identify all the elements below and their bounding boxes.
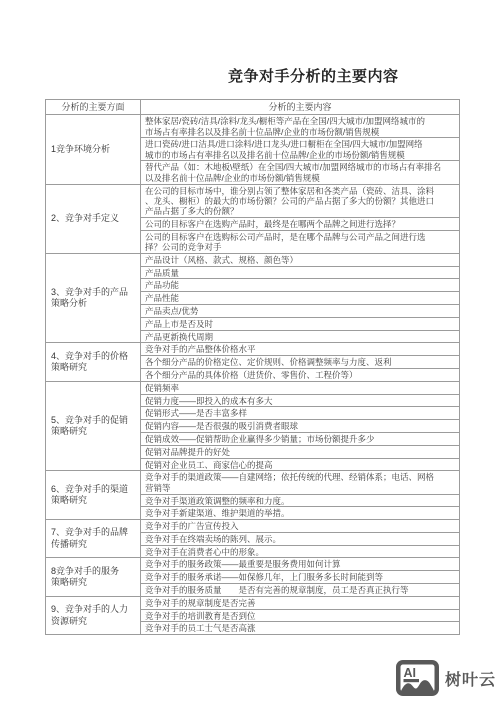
row-items: 竞争对手的服务政策——最重要是服务费用如何计算竞争对手的服务承诺——如保修几年，…: [141, 558, 459, 595]
table-cell: 竞争对手的产品整体价格水平: [141, 343, 459, 355]
table-row-group: 8竞争对手的服务 策略研究 竞争对手的服务政策——最重要是服务费用如何计算竞争对…: [46, 557, 459, 595]
table-cell: 竞争对手的服务政策——最重要是服务费用如何计算: [141, 558, 459, 570]
table-cell: 竞争对手的服务质量 是否有完善的规章制度，员工是否真正执行等: [141, 583, 459, 596]
header-cell-content: 分析的主要内容: [141, 100, 459, 114]
row-items: 竞争对手的渠道政策——自建网络；依托传统的代理、经销体系；电话、网格 营销等竞争…: [141, 471, 459, 519]
row-items: 促销频率促销力度——即投入的成本有多大促销形式——是否丰富多样促销内容——是否很…: [141, 382, 459, 471]
table-cell: 竞争对手的规章制度是否完善: [141, 597, 459, 609]
row-items: 竞争对手的规章制度是否完善竞争对手的培训教育是否到位竞争对手的员工士气是否高涨: [141, 597, 459, 634]
table-cell: 产品卖点/优势: [141, 304, 459, 317]
page-title: 竞争对手分析的主要内容: [228, 65, 399, 86]
row-label: 1竞争环境分析: [46, 115, 141, 183]
svg-text:AI: AI: [404, 666, 417, 680]
table-cell: 促销形式——是否丰富多样: [141, 406, 459, 419]
table-cell: 竞争对手的员工士气是否高涨: [141, 621, 459, 634]
row-label: 7、竞争对手的品牌 传播研究: [46, 520, 141, 557]
row-items: 在公司的目标市场中，谁分别占领了整体家居和各类产品（瓷砖、洁具、涂料 、龙头、橱…: [141, 185, 459, 253]
table-cell: 整体家居/瓷砖/洁具/涂料/龙头/橱柜等产品在全国/四大城市/加盟网络城市的 市…: [141, 115, 459, 137]
table-cell: 各个细分产品的价格定位、定价规则、价格调整频率与力度、返利: [141, 355, 459, 368]
table-cell: 竞争对手的服务承诺——如保修几年，上门服务多长时间能到等: [141, 570, 459, 583]
table-cell: 各个细分产品的具体价格（进货价、零售价、工程价等）: [141, 368, 459, 381]
table-cell: 在公司的目标市场中，谁分别占领了整体家居和各类产品（瓷砖、洁具、涂料 、龙头、橱…: [141, 185, 459, 217]
row-label: 9、竞争对手的人力 资源研究: [46, 597, 141, 634]
table-row-group: 5、竞争对手的促销 策略研究 促销频率促销力度——即投入的成本有多大促销形式——…: [46, 381, 459, 471]
table-cell: 促销内容——是否很强的吸引消费者眼球: [141, 419, 459, 432]
table-row-group: 7、竞争对手的品牌 传播研究 竞争对手的广告宣传投入竞争对手在终端卖场的陈列、展…: [46, 519, 459, 557]
watermark-brand: AI 树叶云: [396, 660, 496, 696]
row-items: 竞争对手的产品整体价格水平各个细分产品的价格定位、定价规则、价格调整频率与力度、…: [141, 343, 459, 380]
table-cell: 进口瓷砖/进口洁具/进口涂料/进口龙头/进口橱柜在全国/四大城市/加盟网络 城市…: [141, 137, 459, 160]
table-cell: 产品性能: [141, 291, 459, 304]
header-cell-aspect: 分析的主要方面: [46, 100, 141, 114]
table-body: 1竞争环境分析 整体家居/瓷砖/洁具/涂料/龙头/橱柜等产品在全国/四大城市/加…: [46, 114, 459, 634]
table-row-group: 9、竞争对手的人力 资源研究 竞争对手的规章制度是否完善竞争对手的培训教育是否到…: [46, 596, 459, 634]
row-items: 产品设计（风格、款式、规格、颜色等）产品质量产品功能产品性能产品卖点/优势产品上…: [141, 254, 459, 343]
row-label: 3、竞争对手的产品 策略分析: [46, 254, 141, 343]
table-cell: 竞争对手在终端卖场的陈列、展示。: [141, 532, 459, 545]
ai-picture-logo-icon: AI: [396, 660, 439, 696]
table-cell: 公司的目标客户在选购标公司产品时，是在哪个品牌与公司产品之间进行选 择？公司的竞…: [141, 230, 459, 253]
table-row-group: 3、竞争对手的产品 策略分析 产品设计（风格、款式、规格、颜色等）产品质量产品功…: [46, 253, 459, 343]
table-cell: 竞争对手渠道政策调整的频率和力度。: [141, 494, 459, 507]
row-label: 6、竞争对手的渠道 策略研究: [46, 471, 141, 519]
table-cell: 产品上市是否及时: [141, 317, 459, 330]
table-row-group: 2、竞争对手定义 在公司的目标市场中，谁分别占领了整体家居和各类产品（瓷砖、洁具…: [46, 184, 459, 253]
brand-text: 树叶云: [445, 667, 496, 690]
table-header-row: 分析的主要方面 分析的主要内容: [46, 100, 459, 114]
table-cell: 产品更新换代周期: [141, 330, 459, 343]
table-cell: 产品质量: [141, 266, 459, 279]
table-cell: 促销对品牌提升的好处: [141, 445, 459, 458]
table-cell: 竞争对手在消费者心中的形象。: [141, 545, 459, 558]
table-cell: 竞争对手新建渠道、维护渠道的举措。: [141, 506, 459, 519]
table-cell: 产品设计（风格、款式、规格、颜色等）: [141, 254, 459, 266]
table-cell: 促销对企业员工、商家信心的提高: [141, 458, 459, 471]
table-row-group: 1竞争环境分析 整体家居/瓷砖/洁具/涂料/龙头/橱柜等产品在全国/四大城市/加…: [46, 114, 459, 183]
table-cell: 竞争对手的培训教育是否到位: [141, 609, 459, 622]
table-cell: 促销成效——促销帮助企业赢得多少销量；市场份额提升多少: [141, 432, 459, 445]
table-cell: 替代产品（如：木地板\壁纸）在全国/四大城市/加盟网络城市的市场占有率排名 以及…: [141, 160, 459, 183]
table-cell: 公司的目标客户在选购产品时，最终是在哪两个品牌之间进行选择？: [141, 217, 459, 230]
table-row-group: 6、竞争对手的渠道 策略研究 竞争对手的渠道政策——自建网络；依托传统的代理、经…: [46, 470, 459, 519]
table-cell: 促销频率: [141, 382, 459, 394]
table-cell: 促销力度——即投入的成本有多大: [141, 394, 459, 407]
table-cell: 产品功能: [141, 278, 459, 291]
row-label: 2、竞争对手定义: [46, 185, 141, 253]
row-items: 整体家居/瓷砖/洁具/涂料/龙头/橱柜等产品在全国/四大城市/加盟网络城市的 市…: [141, 115, 459, 183]
table-row-group: 4、竞争对手的价格 策略研究 竞争对手的产品整体价格水平各个细分产品的价格定位、…: [46, 342, 459, 380]
row-label: 8竞争对手的服务 策略研究: [46, 558, 141, 595]
competitor-analysis-table: 分析的主要方面 分析的主要内容 1竞争环境分析 整体家居/瓷砖/洁具/涂料/龙头…: [45, 99, 460, 635]
row-label: 4、竞争对手的价格 策略研究: [46, 343, 141, 380]
table-cell: 竞争对手的渠道政策——自建网络；依托传统的代理、经销体系；电话、网格 营销等: [141, 471, 459, 493]
row-label: 5、竞争对手的促销 策略研究: [46, 382, 141, 471]
table-cell: 竞争对手的广告宣传投入: [141, 520, 459, 532]
row-items: 竞争对手的广告宣传投入竞争对手在终端卖场的陈列、展示。竞争对手在消费者心中的形象…: [141, 520, 459, 557]
